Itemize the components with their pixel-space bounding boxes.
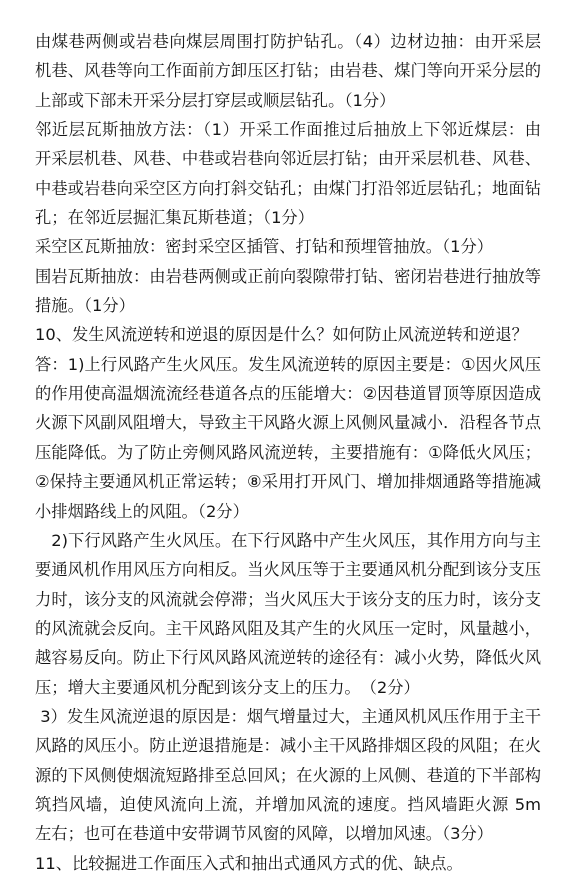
paragraph-adjacent-seam-drainage: 邻近层瓦斯抽放方法：（1）开采工作面推过后抽放上下邻近煤层：由开采层机巷、风巷、… [35, 115, 541, 232]
answer-10-part-1: 答：1)上行风路产生火风压。发生风流逆转的原因主要是：①因火风压的作用使高温烟流… [35, 350, 541, 526]
answer-10-part-2: 2)下行风路产生火风压。在下行风路中产生火风压，其作用方向与主要通风机作用风压方… [35, 526, 541, 702]
answer-10-part-3: 3）发生风流逆退的原因是：烟气增量过大，主通风机风压作用于主干风路的风压小。防止… [35, 702, 541, 849]
document-page: 由煤巷两侧或岩巷向煤层周围打防护钻孔。（4）边材边抽：由开采层机巷、风巷等向工作… [0, 0, 573, 896]
paragraph-protective-boreholes: 由煤巷两侧或岩巷向煤层周围打防护钻孔。（4）边材边抽：由开采层机巷、风巷等向工作… [35, 27, 541, 115]
paragraph-surrounding-rock-drainage: 围岩瓦斯抽放：由岩巷两侧或正前向裂隙带打钻、密闭岩巷进行抽放等措施。（1分） [35, 262, 541, 321]
question-11-title: 11、比较掘进工作面压入式和抽出式通风方式的优、缺点。 [35, 849, 541, 878]
paragraph-goaf-drainage: 采空区瓦斯抽放：密封采空区插管、打钻和预埋管抽放。（1分） [35, 232, 541, 261]
question-10-title: 10、发生风流逆转和逆退的原因是什么？如何防止风流逆转和逆退？ [35, 320, 541, 349]
